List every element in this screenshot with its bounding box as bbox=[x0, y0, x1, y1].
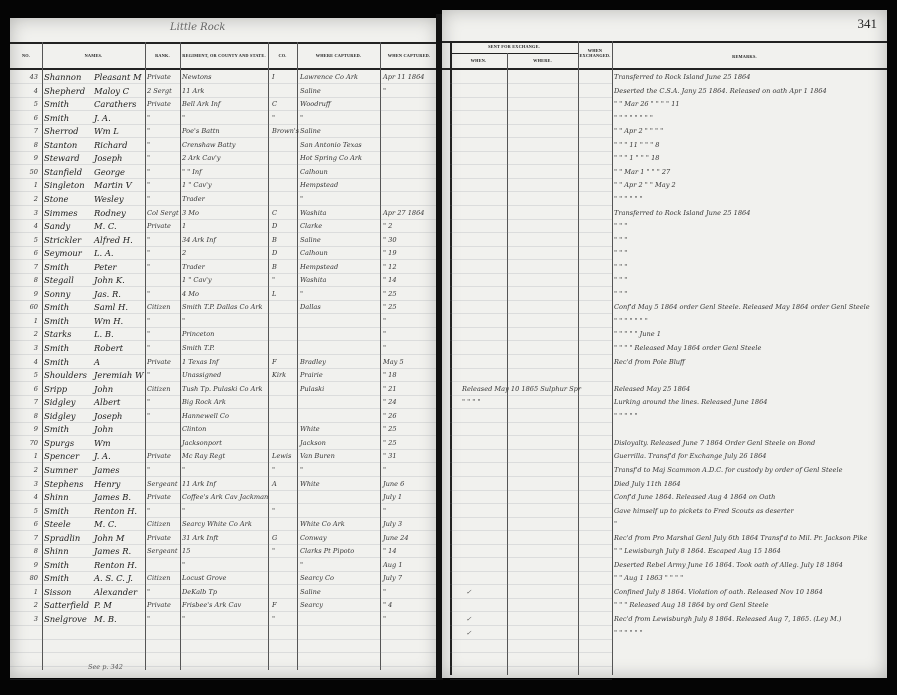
header-where-captured: WHERE CAPTURED. bbox=[297, 53, 380, 58]
entry-company: G bbox=[272, 532, 277, 544]
entry-where-captured: Washita bbox=[300, 274, 326, 286]
entry-regiment: Poe's Battn bbox=[182, 125, 220, 137]
entry-surname: Snelgrove bbox=[44, 613, 87, 625]
sent-for-exchange-entry: Released May 10 1865 Sulphur Spr bbox=[462, 383, 581, 395]
entry-surname: Stanfield bbox=[44, 166, 82, 178]
entry-surname: Stephens bbox=[44, 478, 83, 490]
entry-given-name: Richard bbox=[94, 139, 127, 151]
entry-when-captured: " bbox=[383, 505, 386, 517]
entry-given-name: George bbox=[94, 166, 125, 178]
remark-entry: Lurking around the lines. Released June … bbox=[614, 396, 767, 408]
entry-company: Brown's bbox=[272, 125, 299, 137]
entry-regiment: 2 Ark Cav'y bbox=[182, 152, 221, 164]
entry-rank: " bbox=[147, 410, 150, 422]
entry-surname: Shinn bbox=[44, 545, 69, 557]
remark-entry: " " Mar 1 " " " 27 bbox=[614, 166, 670, 178]
entry-when-captured: " 2 bbox=[383, 220, 392, 232]
row-rule bbox=[450, 178, 612, 179]
entry-number: 9 bbox=[16, 288, 38, 300]
row-rule bbox=[450, 598, 612, 599]
entry-where-captured: Van Buren bbox=[300, 450, 335, 462]
entry-where-captured: Clarks Pt Pipoto bbox=[300, 545, 354, 557]
entry-number: 2 bbox=[16, 193, 38, 205]
entry-when-captured: " 31 bbox=[383, 450, 397, 462]
table-row: 7SherrodWm L"Poe's BattnBrown'sSaline bbox=[10, 125, 438, 138]
entry-surname: Singleton bbox=[44, 179, 85, 191]
entry-where-captured: White bbox=[300, 478, 320, 490]
entry-where-captured: " bbox=[300, 559, 303, 571]
row-rule bbox=[450, 639, 612, 640]
entry-where-captured: Calhoun bbox=[300, 247, 328, 259]
row-rule bbox=[450, 449, 612, 450]
entry-given-name: Alexander bbox=[94, 586, 137, 598]
entry-surname: Spencer bbox=[44, 450, 79, 462]
row-rule bbox=[450, 151, 612, 152]
entry-where-captured: Searcy Co bbox=[300, 572, 334, 584]
entry-number: 3 bbox=[16, 478, 38, 490]
entry-regiment: Coffee's Ark Cav Jackman bbox=[182, 491, 268, 503]
entry-given-name: Wm bbox=[94, 437, 111, 449]
column-divider bbox=[612, 41, 613, 675]
entry-where-captured: San Antonio Texas bbox=[300, 139, 362, 151]
row-rule bbox=[450, 557, 612, 558]
entry-number: 5 bbox=[16, 234, 38, 246]
entry-surname: Smith bbox=[44, 505, 69, 517]
entry-regiment: Hannewell Co bbox=[182, 410, 229, 422]
row-rule bbox=[450, 435, 612, 436]
entry-regiment: Trader bbox=[182, 261, 205, 273]
entry-surname: Smith bbox=[44, 112, 69, 124]
entry-surname: Steele bbox=[44, 518, 71, 530]
entry-when-captured: " 30 bbox=[383, 234, 397, 246]
entry-rank: Citizen bbox=[147, 383, 171, 395]
table-row: 4SmithAPrivate1 Texas InfFBradleyMay 5 bbox=[10, 356, 438, 369]
entry-where-captured: Saline bbox=[300, 234, 321, 246]
entry-surname: Shannon bbox=[44, 71, 81, 83]
entry-number: 7 bbox=[16, 125, 38, 137]
remark-entry: Conf'd May 5 1864 order Genl Steele. Rel… bbox=[614, 301, 870, 313]
entry-surname: Sidgley bbox=[44, 410, 76, 422]
entry-regiment: " bbox=[182, 613, 185, 625]
entry-surname: Sherrod bbox=[44, 125, 79, 137]
entry-given-name: Robert bbox=[94, 342, 123, 354]
remark-entry: " " " " " " " bbox=[614, 315, 648, 327]
entry-company: " bbox=[272, 613, 275, 625]
ledger-left-page: Little Rock NO.NAMES.RANK.REGIMENT, OR C… bbox=[10, 18, 438, 678]
column-divider bbox=[450, 41, 452, 675]
entry-when-captured: " bbox=[383, 464, 386, 476]
entry-regiment: 2 bbox=[182, 247, 186, 259]
entry-where-captured: Lawrence Co Ark bbox=[300, 71, 358, 83]
table-row: 6SmithJ. A."""" bbox=[10, 112, 438, 125]
remark-entry: Rec'd from Lewisburgh July 8 1864. Relea… bbox=[614, 613, 841, 625]
entry-rank: Private bbox=[147, 491, 171, 503]
entry-regiment: 1 " Cav'y bbox=[182, 274, 212, 286]
entry-number: 3 bbox=[16, 207, 38, 219]
entry-given-name: Wm L bbox=[94, 125, 119, 137]
table-row: 9SonnyJas. R."4 MoL"" 25 bbox=[10, 288, 438, 301]
header-co: CO. bbox=[268, 53, 297, 58]
entry-given-name: Saml H. bbox=[94, 301, 128, 313]
entry-when-captured: " 25 bbox=[383, 437, 397, 449]
entry-rank: " bbox=[147, 613, 150, 625]
row-rule bbox=[450, 327, 612, 328]
entry-rank: " bbox=[147, 342, 150, 354]
row-rule bbox=[450, 273, 612, 274]
entry-given-name: Wm H. bbox=[94, 315, 123, 327]
entry-regiment: Crenshaw Batty bbox=[182, 139, 235, 151]
header-rank: RANK. bbox=[145, 53, 180, 58]
entry-regiment: Princeton bbox=[182, 328, 214, 340]
entry-number: 70 bbox=[16, 437, 38, 449]
entry-rank: Citizen bbox=[147, 301, 171, 313]
remark-entry: Died July 11th 1864 bbox=[614, 478, 681, 490]
entry-rank: " bbox=[147, 328, 150, 340]
entry-rank: Private bbox=[147, 98, 171, 110]
entry-when-captured: Apr 27 1864 bbox=[383, 207, 425, 219]
entry-when-captured: " 21 bbox=[383, 383, 397, 395]
entry-surname: Smith bbox=[44, 261, 69, 273]
entry-when-captured: " 14 bbox=[383, 545, 397, 557]
table-row: 6SeymourL. A."2DCalhoun" 19 bbox=[10, 247, 438, 260]
entry-where-captured: Searcy bbox=[300, 599, 323, 611]
table-row: 4SandyM. C.Private1DClarke" 2 bbox=[10, 220, 438, 233]
entry-regiment: 34 Ark Inf bbox=[182, 234, 216, 246]
entry-when-captured: " 19 bbox=[383, 247, 397, 259]
entry-regiment: Locust Grove bbox=[182, 572, 226, 584]
entry-regiment: " bbox=[182, 505, 185, 517]
table-row: 7SmithPeter"TraderBHempstead" 12 bbox=[10, 261, 438, 274]
entry-regiment: Jacksonport bbox=[182, 437, 222, 449]
entry-when-captured: May 5 bbox=[383, 356, 404, 368]
table-row: 9SmithRenton H.""Aug 1 bbox=[10, 559, 438, 572]
row-rule bbox=[450, 503, 612, 504]
entry-when-captured: " bbox=[383, 342, 386, 354]
entry-number: 6 bbox=[16, 383, 38, 395]
table-row: 70SpurgsWmJacksonportJackson" 25 bbox=[10, 437, 438, 450]
entry-when-captured: Aug 1 bbox=[383, 559, 403, 571]
entry-number: 6 bbox=[16, 518, 38, 530]
entry-regiment: " bbox=[182, 464, 185, 476]
table-row: 2SatterfieldP. MPrivateFrisbee's Ark Cav… bbox=[10, 599, 438, 612]
row-rule bbox=[450, 679, 612, 680]
entry-number: 6 bbox=[16, 247, 38, 259]
entry-given-name: Albert bbox=[94, 396, 120, 408]
row-rule bbox=[10, 679, 438, 680]
entry-given-name: John K. bbox=[94, 274, 125, 286]
entry-given-name: John M bbox=[94, 532, 124, 544]
table-row: 6SrippJohnCitizenTush Tp. Pulaski Co Ark… bbox=[10, 383, 438, 396]
entry-when-captured: " bbox=[383, 85, 386, 97]
remark-entry: Rec'd from Pole Bluff bbox=[614, 356, 685, 368]
header-regiment: REGIMENT, OR COUNTY AND STATE. bbox=[180, 53, 268, 58]
entry-rank: " bbox=[147, 288, 150, 300]
entry-where-captured: Saline bbox=[300, 586, 321, 598]
remark-entry: " " " bbox=[614, 261, 627, 273]
entry-when-captured: " 4 bbox=[383, 599, 392, 611]
table-row: 7SpradlinJohn MPrivate31 Ark InftGConway… bbox=[10, 532, 438, 545]
entry-company: C bbox=[272, 207, 277, 219]
entry-rank: " bbox=[147, 112, 150, 124]
remark-entry: " " " " " " bbox=[614, 627, 643, 639]
remark-entry: " " " " " bbox=[614, 410, 638, 422]
entry-regiment: 1 bbox=[182, 220, 186, 232]
entry-where-captured: Hot Spring Co Ark bbox=[300, 152, 362, 164]
remark-entry: " " Apr 2 " " May 2 bbox=[614, 179, 676, 191]
entry-rank: Citizen bbox=[147, 518, 171, 530]
entry-regiment: 11 Ark bbox=[182, 85, 204, 97]
entry-regiment: Mc Ray Regt bbox=[182, 450, 225, 462]
entry-given-name: Renton H. bbox=[94, 559, 137, 571]
entry-company: F bbox=[272, 356, 277, 368]
row-rule bbox=[450, 530, 612, 531]
row-rule bbox=[450, 544, 612, 545]
entry-number: 9 bbox=[16, 423, 38, 435]
entry-surname: Smith bbox=[44, 315, 69, 327]
entry-number: 4 bbox=[16, 491, 38, 503]
entry-when-captured: June 6 bbox=[383, 478, 404, 490]
row-rule bbox=[450, 219, 612, 220]
row-rule bbox=[450, 652, 612, 653]
entry-given-name: Renton H. bbox=[94, 505, 137, 517]
entry-surname: Spradlin bbox=[44, 532, 80, 544]
entry-given-name: M. C. bbox=[94, 518, 117, 530]
entry-when-captured: " 26 bbox=[383, 410, 397, 422]
remark-entry: Deserted the C.S.A. Jany 25 1864. Releas… bbox=[614, 85, 827, 97]
entry-company: C bbox=[272, 98, 277, 110]
remark-entry: " " Apr 2 " " " " bbox=[614, 125, 663, 137]
entry-given-name: M. B. bbox=[94, 613, 117, 625]
entry-when-captured: " 25 bbox=[383, 288, 397, 300]
entry-rank: Col Sergt bbox=[147, 207, 179, 219]
entry-number: 2 bbox=[16, 328, 38, 340]
row-rule bbox=[450, 300, 612, 301]
row-rule bbox=[450, 286, 612, 287]
entry-rank: " bbox=[147, 152, 150, 164]
entry-given-name: Joseph bbox=[94, 152, 122, 164]
entry-company: L bbox=[272, 288, 276, 300]
page-number: 341 bbox=[858, 16, 878, 32]
entry-rank: " bbox=[147, 193, 150, 205]
entry-rank: 2 Sergt bbox=[147, 85, 172, 97]
row-rule bbox=[450, 476, 612, 477]
entry-given-name: James bbox=[94, 464, 120, 476]
entry-surname: Smith bbox=[44, 301, 69, 313]
entry-surname: Smith bbox=[44, 98, 69, 110]
row-rule bbox=[450, 354, 612, 355]
header-remarks: REMARKS. bbox=[612, 54, 877, 59]
table-row: 3SmithRobert"Smith T.P." bbox=[10, 342, 438, 355]
entry-rank: Sergeant bbox=[147, 545, 178, 557]
remark-entry: " " Aug 1 1863 " " " " bbox=[614, 572, 683, 584]
remark-entry: Transf'd to Maj Scammon A.D.C. for custo… bbox=[614, 464, 842, 476]
entry-given-name: J. A. bbox=[94, 450, 111, 462]
entry-when-captured: " 14 bbox=[383, 274, 397, 286]
remark-entry: " " " bbox=[614, 288, 627, 300]
table-row: 9StewardJoseph"2 Ark Cav'yHot Spring Co … bbox=[10, 152, 438, 165]
row-rule bbox=[450, 191, 612, 192]
table-row: 1SpencerJ. A.PrivateMc Ray RegtLewisVan … bbox=[10, 450, 438, 463]
entry-rank: " bbox=[147, 315, 150, 327]
entry-surname: Starks bbox=[44, 328, 71, 340]
entry-surname: Satterfield bbox=[44, 599, 89, 611]
entry-given-name: L. A. bbox=[94, 247, 114, 259]
header-bottom-rule bbox=[442, 68, 887, 70]
entry-where-captured: " bbox=[300, 193, 303, 205]
entry-rank: " bbox=[147, 261, 150, 273]
entry-regiment: DeKalb Tp bbox=[182, 586, 217, 598]
entry-where-captured: Washita bbox=[300, 207, 326, 219]
entry-when-captured: " bbox=[383, 328, 386, 340]
table-row: 8ShinnJames R.Sergeant15"Clarks Pt Pipot… bbox=[10, 545, 438, 558]
entry-where-captured: Hempstead bbox=[300, 261, 338, 273]
table-row: 4ShinnJames B.PrivateCoffee's Ark Cav Ja… bbox=[10, 491, 438, 504]
row-rule bbox=[450, 517, 612, 518]
page-footnote: See p. 342 bbox=[88, 663, 123, 671]
entry-regiment: 11 Ark Inf bbox=[182, 478, 216, 490]
entry-given-name: Alfred H. bbox=[94, 234, 133, 246]
entry-where-captured: Jackson bbox=[300, 437, 326, 449]
entry-number: 3 bbox=[16, 342, 38, 354]
entry-number: 2 bbox=[16, 464, 38, 476]
table-row: 7SidgleyAlbert"Big Rock Ark" 24 bbox=[10, 396, 438, 409]
table-row: 5StricklerAlfred H."34 Ark InfBSaline" 3… bbox=[10, 234, 438, 247]
header-sent-for-exchange: SENT FOR EXCHANGE. bbox=[450, 44, 578, 49]
table-row: 43ShannonPleasant MPrivateNewtonsILawren… bbox=[10, 71, 438, 84]
entry-number: 7 bbox=[16, 261, 38, 273]
entry-surname: Smith bbox=[44, 423, 69, 435]
check-mark-icon: ✓ bbox=[466, 613, 472, 625]
entry-surname: Shepherd bbox=[44, 85, 85, 97]
sent-for-exchange-entry: " " " " bbox=[462, 396, 480, 408]
remark-entry: Transferred to Rock Island June 25 1864 bbox=[614, 207, 750, 219]
entry-given-name: Martin V bbox=[94, 179, 132, 191]
entry-company: B bbox=[272, 234, 277, 246]
entry-rank: " bbox=[147, 166, 150, 178]
row-rule bbox=[450, 313, 612, 314]
entry-given-name: Carathers bbox=[94, 98, 136, 110]
entry-when-captured: July 7 bbox=[383, 572, 402, 584]
entry-given-name: Jeremiah W bbox=[94, 369, 144, 381]
entry-rank: " bbox=[147, 369, 150, 381]
check-mark-icon: ✓ bbox=[466, 627, 472, 639]
row-rule bbox=[450, 124, 612, 125]
entry-given-name: Henry bbox=[94, 478, 120, 490]
header-top-rule bbox=[10, 42, 438, 44]
entry-given-name: James B. bbox=[94, 491, 131, 503]
entry-surname: Steward bbox=[44, 152, 80, 164]
entry-regiment: 3 Mo bbox=[182, 207, 199, 219]
table-row: 8StantonRichard"Crenshaw BattySan Antoni… bbox=[10, 139, 438, 152]
entry-where-captured: Calhoun bbox=[300, 166, 328, 178]
table-row: 80SmithA. S. C. J.CitizenLocust GroveSea… bbox=[10, 572, 438, 585]
table-row: 3SimmesRodneyCol Sergt3 MoCWashitaApr 27… bbox=[10, 207, 438, 220]
row-rule bbox=[10, 652, 438, 653]
entry-where-captured: White bbox=[300, 423, 320, 435]
entry-surname: Smith bbox=[44, 559, 69, 571]
remark-entry: Deserted Rebel Army June 16 1864. Took o… bbox=[614, 559, 843, 571]
entry-regiment: Big Rock Ark bbox=[182, 396, 226, 408]
entry-company: B bbox=[272, 261, 277, 273]
entry-company: Lewis bbox=[272, 450, 291, 462]
header-when-captured: WHEN CAPTURED. bbox=[380, 53, 438, 58]
entry-given-name: Rodney bbox=[94, 207, 126, 219]
entry-number: 8 bbox=[16, 139, 38, 151]
table-row: 1SingletonMartin V"1 " Cav'yHempstead bbox=[10, 179, 438, 192]
entry-surname: Seymour bbox=[44, 247, 82, 259]
table-row: 4ShepherdMaloy C2 Sergt11 ArkSaline" bbox=[10, 85, 438, 98]
table-row: 6SteeleM. C.CitizenSearcy White Co ArkWh… bbox=[10, 518, 438, 531]
row-rule bbox=[450, 571, 612, 572]
entry-number: 1 bbox=[16, 315, 38, 327]
remark-entry: " bbox=[614, 518, 617, 530]
entry-rank: Private bbox=[147, 220, 171, 232]
entry-company: " bbox=[272, 505, 275, 517]
remark-entry: " " " " Released May 1864 order Genl Ste… bbox=[614, 342, 761, 354]
entry-where-captured: Dallas bbox=[300, 301, 321, 313]
entry-when-captured: " 18 bbox=[383, 369, 397, 381]
remark-entry: Transferred to Rock Island June 25 1864 bbox=[614, 71, 750, 83]
remark-entry: Confined July 8 1864. Violation of oath.… bbox=[614, 586, 823, 598]
entry-company: F bbox=[272, 599, 277, 611]
remark-entry: Disloyalty. Released June 7 1864 Order G… bbox=[614, 437, 815, 449]
entry-where-captured: Pulaski bbox=[300, 383, 324, 395]
remark-entry: Gave himself up to pickets to Fred Scout… bbox=[614, 505, 794, 517]
entry-regiment: 31 Ark Inft bbox=[182, 532, 218, 544]
row-rule bbox=[450, 340, 612, 341]
entry-surname: Sripp bbox=[44, 383, 67, 395]
entry-when-captured: " 24 bbox=[383, 396, 397, 408]
row-rule bbox=[450, 408, 612, 409]
entry-when-captured: June 24 bbox=[383, 532, 409, 544]
remark-entry: " " Lewisburgh July 8 1864. Escaped Aug … bbox=[614, 545, 781, 557]
entry-surname: Sonny bbox=[44, 288, 70, 300]
row-rule bbox=[450, 462, 612, 463]
sent-subheader-rule bbox=[450, 53, 578, 54]
remark-entry: " " Mar 26 " " " " 11 bbox=[614, 98, 680, 110]
entry-where-captured: Hempstead bbox=[300, 179, 338, 191]
row-rule bbox=[450, 368, 612, 369]
table-row: 2SumnerJames""""" bbox=[10, 464, 438, 477]
row-rule bbox=[450, 110, 612, 111]
entry-regiment: Unassigned bbox=[182, 369, 221, 381]
entry-rank: Private bbox=[147, 71, 171, 83]
entry-given-name: A. S. C. J. bbox=[94, 572, 133, 584]
entry-regiment: " bbox=[182, 315, 185, 327]
table-row: 9SmithJohnClintonWhite" 25 bbox=[10, 423, 438, 436]
entry-when-captured: Apr 11 1864 bbox=[383, 71, 425, 83]
entry-regiment: Trader bbox=[182, 193, 205, 205]
table-row: 2StoneWesley"Trader" bbox=[10, 193, 438, 206]
entry-surname: Sumner bbox=[44, 464, 77, 476]
entry-given-name: M. C. bbox=[94, 220, 117, 232]
entry-surname: Sisson bbox=[44, 586, 71, 598]
header-when-exchanged: WHEN EXCHANGED. bbox=[578, 48, 612, 58]
entry-number: 60 bbox=[16, 301, 38, 313]
entry-given-name: L. B. bbox=[94, 328, 114, 340]
entry-where-captured: Saline bbox=[300, 85, 321, 97]
entry-number: 7 bbox=[16, 532, 38, 544]
entry-when-captured: " 25 bbox=[383, 423, 397, 435]
remark-entry: " " " bbox=[614, 247, 627, 259]
remark-entry: Conf'd June 1864. Released Aug 4 1864 on… bbox=[614, 491, 775, 503]
entry-number: 1 bbox=[16, 586, 38, 598]
entry-number: 9 bbox=[16, 152, 38, 164]
entry-given-name: Maloy C bbox=[94, 85, 129, 97]
check-mark-icon: ✓ bbox=[466, 586, 472, 598]
entry-rank: " bbox=[147, 396, 150, 408]
remark-entry: Released May 25 1864 bbox=[614, 383, 690, 395]
